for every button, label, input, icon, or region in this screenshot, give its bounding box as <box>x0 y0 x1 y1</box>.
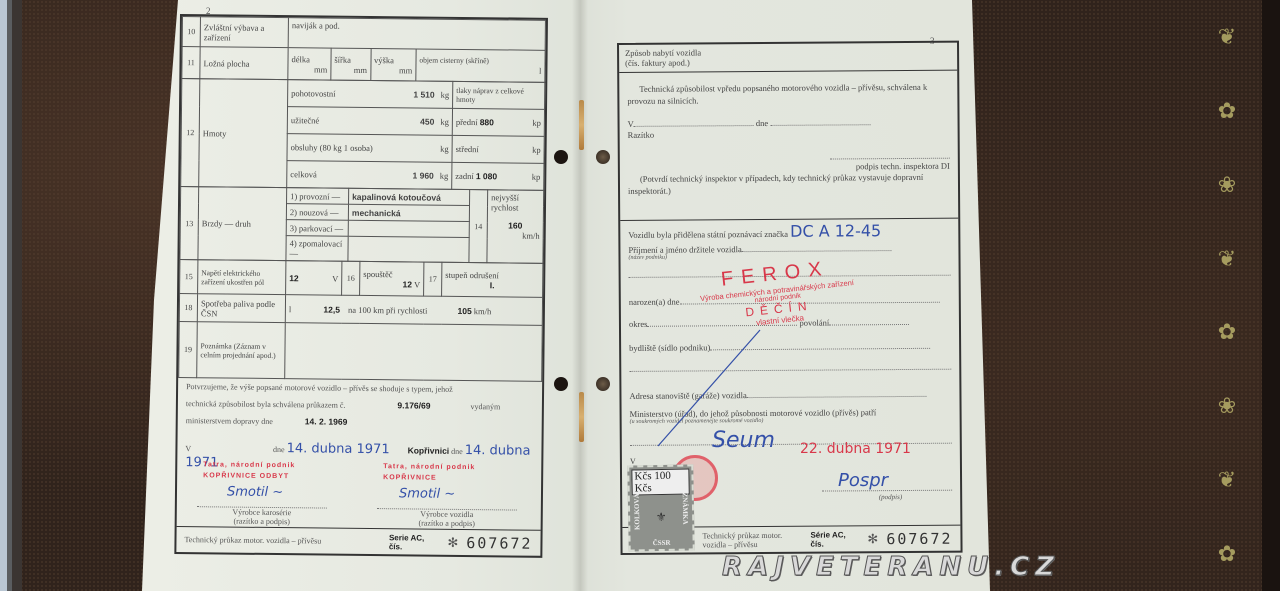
stamp-text: ZNÁMKA <box>681 493 690 525</box>
registration-date-stamp: 22. dubna 1971 <box>800 441 911 457</box>
stamp-country: ČSSR <box>653 539 671 547</box>
handwritten-signature-registrar: Seum <box>712 428 775 453</box>
stamp-value: Kčs 100 Kčs <box>631 468 689 495</box>
watermark: RAJVETERANU.CZ <box>722 552 1060 582</box>
stamp-text: KOLKOVÁ <box>633 493 642 530</box>
emblem-icon: ⚜ <box>656 509 667 524</box>
revenue-stamp: Kčs 100 Kčs KOLKOVÁ ZNÁMKA ⚜ ČSSR <box>627 464 694 551</box>
handwritten-signature: Pospr <box>838 470 888 491</box>
